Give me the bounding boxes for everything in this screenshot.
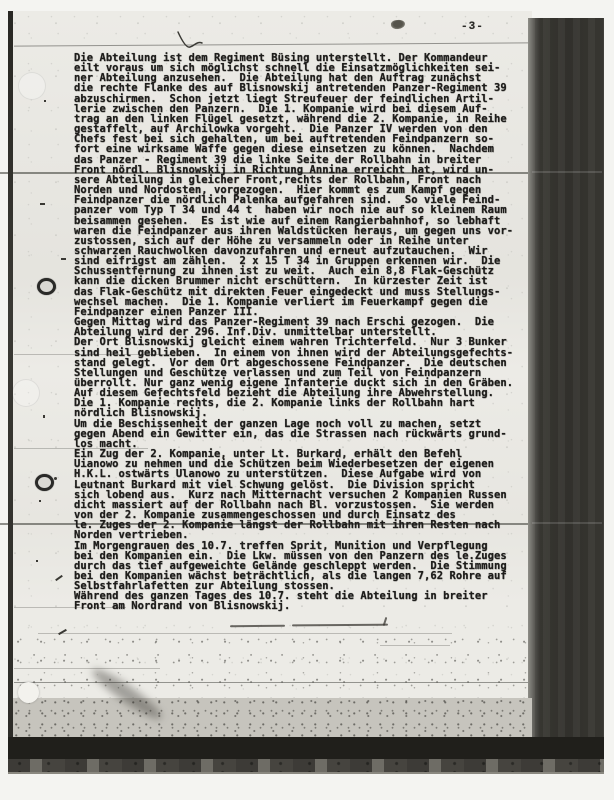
crease-line (14, 682, 532, 683)
margin-mark (44, 100, 46, 102)
margin-mark (39, 500, 41, 502)
scanned-document-page: -3- Die Abteilung ist dem Regiment Büsin… (0, 0, 614, 800)
right-scan-band (528, 18, 604, 772)
margin-mark (40, 203, 45, 205)
page-number: -3- (461, 21, 484, 33)
crease-line (380, 645, 450, 646)
punch-hole (18, 72, 46, 100)
punch-hole (12, 379, 40, 407)
margin-mark (36, 560, 38, 562)
punch-hole (37, 278, 56, 295)
margin-mark (54, 477, 57, 480)
punch-hole (35, 474, 54, 491)
crease-line (532, 171, 602, 173)
typewritten-text: Die Abteilung ist dem Regiment Büsing un… (74, 53, 536, 612)
left-scan-edge (8, 11, 13, 759)
paper-speckle-zone (13, 636, 532, 698)
bottom-speckle-band (13, 698, 532, 737)
handwritten-tick-icon (176, 30, 204, 52)
bottom-scan-band (8, 737, 604, 759)
punch-hole (18, 682, 39, 703)
bottom-streak-band (8, 759, 604, 774)
crease-line (14, 668, 160, 669)
margin-mark (43, 415, 45, 418)
crease-line (532, 522, 602, 524)
crease-line (38, 633, 452, 634)
margin-mark (61, 258, 66, 260)
